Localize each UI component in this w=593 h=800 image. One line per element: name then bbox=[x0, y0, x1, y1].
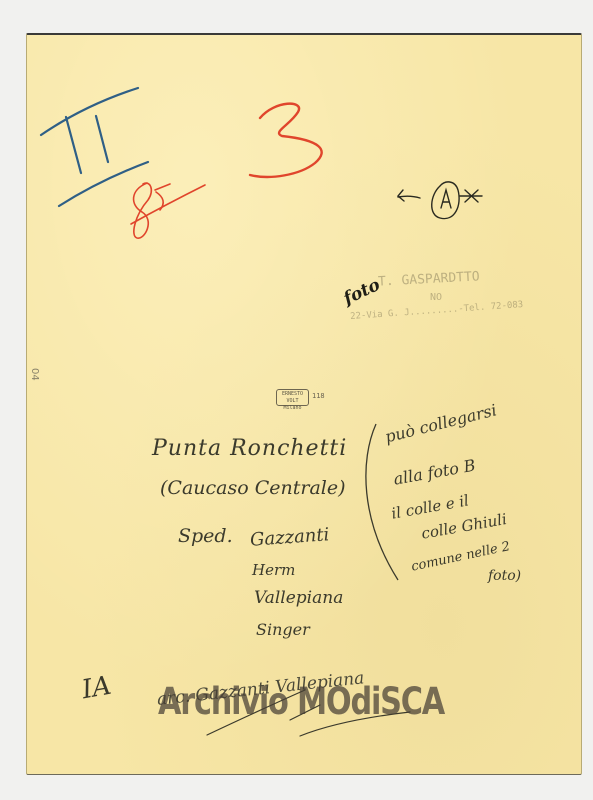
blue-roman-numeral-two bbox=[41, 88, 148, 206]
member-4: Singer bbox=[256, 620, 310, 639]
small-stamp-line1: ERNESTO VOLT bbox=[277, 391, 308, 405]
note-sped-label: Sped. bbox=[178, 525, 233, 547]
red-crossed-number bbox=[131, 183, 205, 238]
margin-pencil-number: 04 bbox=[29, 368, 40, 381]
small-stamp-number: 118 bbox=[312, 392, 325, 400]
archive-watermark: Archivio MOdiSCA bbox=[158, 680, 444, 723]
red-number-three bbox=[250, 104, 322, 177]
right-note-line6: foto) bbox=[488, 568, 521, 584]
bottom-note-label: IA bbox=[80, 671, 114, 706]
photographer-stamp-line2: NO bbox=[430, 292, 442, 303]
small-stamp-line2: Milano bbox=[277, 405, 308, 412]
member-2: Herm bbox=[252, 561, 295, 579]
small-ink-stamp: ERNESTO VOLT Milano bbox=[276, 389, 309, 406]
bracket-stroke bbox=[366, 424, 398, 580]
circled-a-reference bbox=[398, 182, 482, 219]
note-title: Punta Ronchetti bbox=[152, 436, 347, 461]
note-subtitle: (Caucaso Centrale) bbox=[160, 477, 346, 499]
member-3: Vallepiana bbox=[254, 588, 343, 608]
